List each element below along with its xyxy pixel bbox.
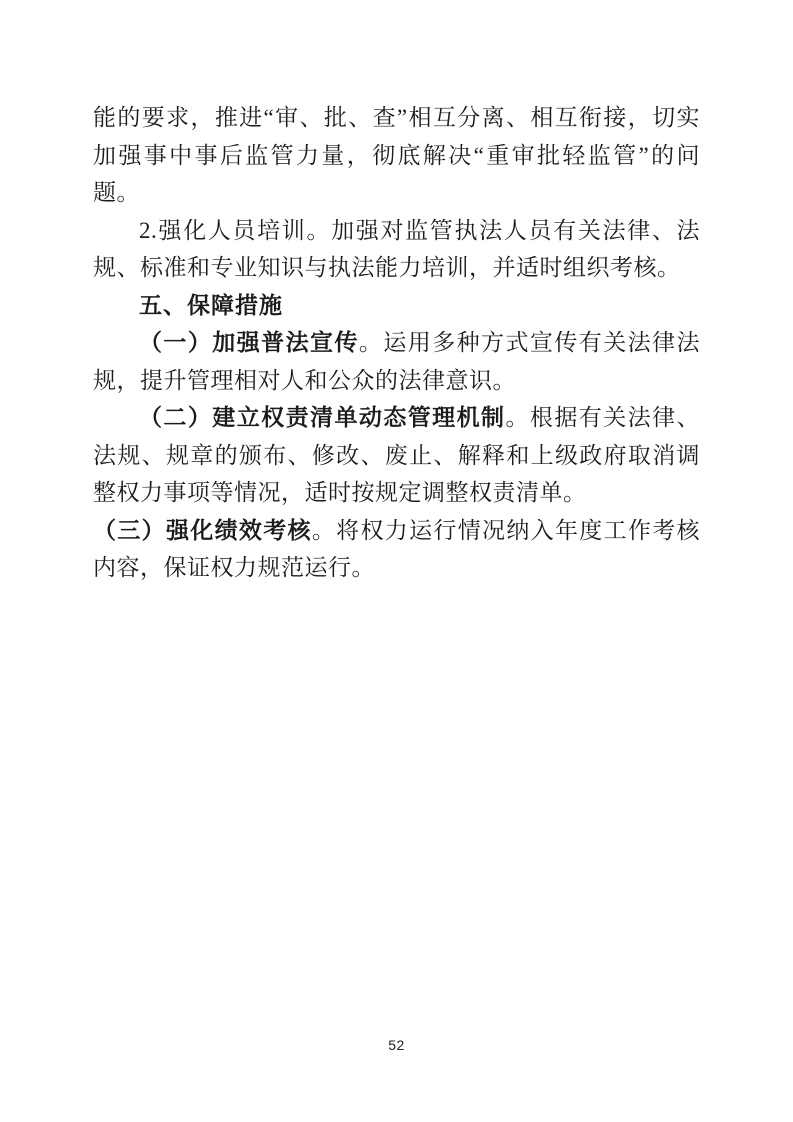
document-page: 能的要求，推进“审、批、查”相互分离、相互衔接，切实加强事中事后监管力量，彻底解… <box>0 0 793 1122</box>
paragraph-item-2: （二）建立权责清单动态管理机制。根据有关法律、法规、规章的颁布、修改、废止、解释… <box>93 399 700 512</box>
document-content: 能的要求，推进“审、批、查”相互分离、相互衔接，切实加强事中事后监管力量，彻底解… <box>93 99 700 587</box>
item-3-title: 强化绩效考核 <box>166 518 312 543</box>
item-1-number: （一） <box>139 330 212 355</box>
paragraph-item-1: （一）加强普法宣传。运用多种方式宣传有关法律法规，提升管理相对人和公众的法律意识… <box>93 324 700 399</box>
paragraph-continuation: 能的要求，推进“审、批、查”相互分离、相互衔接，切实加强事中事后监管力量，彻底解… <box>93 99 700 212</box>
item-1-title: 加强普法宣传 <box>212 330 359 355</box>
paragraph-personnel-training: 2.强化人员培训。加强对监管执法人员有关法律、法规、标准和专业知识与执法能力培训… <box>93 212 700 287</box>
paragraph-item-3: （三）强化绩效考核。将权力运行情况纳入年度工作考核内容，保证权力规范运行。 <box>93 512 700 587</box>
section-heading-safeguard-measures: 五、保障措施 <box>93 287 700 325</box>
page-number: 52 <box>0 1037 793 1053</box>
item-2-title: 建立权责清单动态管理机制 <box>212 405 505 430</box>
item-3-number: （三） <box>93 518 166 543</box>
item-2-number: （二） <box>139 405 212 430</box>
